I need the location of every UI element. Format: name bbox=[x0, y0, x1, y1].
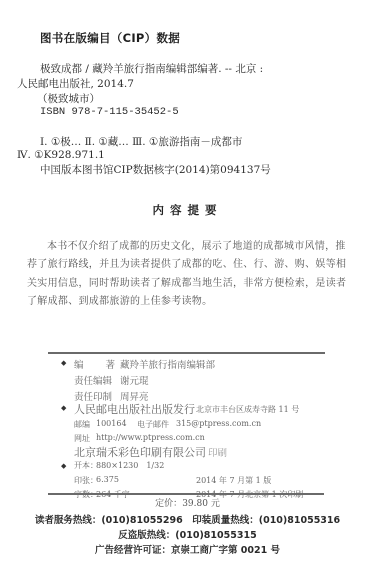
price: 定价：39.80 元 bbox=[0, 496, 375, 509]
top-rule bbox=[48, 352, 325, 354]
bullet-icon: ◆ bbox=[61, 462, 66, 470]
cip-line-2: 人民邮电出版社, 2014.7 bbox=[17, 76, 134, 91]
cip-approval: 中国版本图书馆CIP数据核字(2014)第094137号 bbox=[40, 162, 271, 177]
website-label: 网址 bbox=[74, 433, 90, 444]
cip-line-1: 极致成都 / 藏羚羊旅行指南编辑部编著. -- 北京 : bbox=[40, 61, 263, 76]
email: 315@ptpress.com.cn bbox=[176, 419, 261, 428]
postcode: 100164 bbox=[96, 419, 127, 428]
anti-piracy-hotline: 反盗版热线：(010)81055315 bbox=[0, 527, 375, 541]
cip-isbn: ISBN 978-7-115-35452-5 bbox=[40, 106, 179, 118]
ad-license: 广告经营许可证：京崇工商广字第 0021 号 bbox=[0, 542, 375, 556]
sheets-label: 印张： bbox=[74, 475, 98, 486]
editor-label: 责任编辑 bbox=[74, 373, 112, 387]
price-label: 定价： bbox=[155, 499, 182, 509]
price-value: 39.80 元 bbox=[182, 499, 220, 509]
website: http://www.ptpress.com.cn bbox=[96, 433, 205, 442]
edition: 2014 年 7 月第 1 版 bbox=[196, 475, 271, 486]
cip-classification-2: Ⅳ. ①K928.971.1 bbox=[17, 149, 105, 161]
bullet-icon: ◆ bbox=[61, 359, 66, 367]
postcode-label: 邮编 bbox=[74, 419, 90, 430]
publisher: 人民邮电出版社出版发行 bbox=[74, 401, 195, 417]
email-label: 电子邮件 bbox=[137, 419, 169, 430]
summary-title: 内容提要 bbox=[0, 202, 375, 218]
format: 880×1230 1/32 bbox=[96, 460, 164, 471]
author: 藏羚羊旅行指南编辑部 bbox=[120, 357, 215, 371]
bottom-rule bbox=[48, 493, 324, 495]
author-label: 编 著 bbox=[74, 357, 116, 371]
reader-service-hotline: 读者服务热线：(010)81055296 印装质量热线：(010)8105531… bbox=[0, 512, 375, 526]
printer: 北京瑞禾彩色印刷有限公司 bbox=[74, 444, 206, 460]
printer-suffix: 印刷 bbox=[208, 445, 227, 459]
publisher-address: 北京市丰台区成寿寺路 11 号 bbox=[196, 404, 299, 415]
cip-line-3: （极致城市） bbox=[37, 91, 100, 106]
sheets: 6.375 bbox=[96, 475, 119, 484]
bullet-icon: ◆ bbox=[61, 404, 66, 412]
cip-title: 图书在版编目（CIP）数据 bbox=[40, 30, 180, 46]
editor: 谢元琨 bbox=[120, 373, 149, 387]
format-label: 开本： bbox=[74, 460, 98, 471]
summary-text: 本书不仅介绍了成都的历史文化，展示了地道的成都城市风情，推荐了旅行路线，并且为读… bbox=[27, 238, 349, 311]
cip-classification-1: Ⅰ. ①极… Ⅱ. ①藏… Ⅲ. ①旅游指南－成都市 bbox=[40, 134, 242, 149]
